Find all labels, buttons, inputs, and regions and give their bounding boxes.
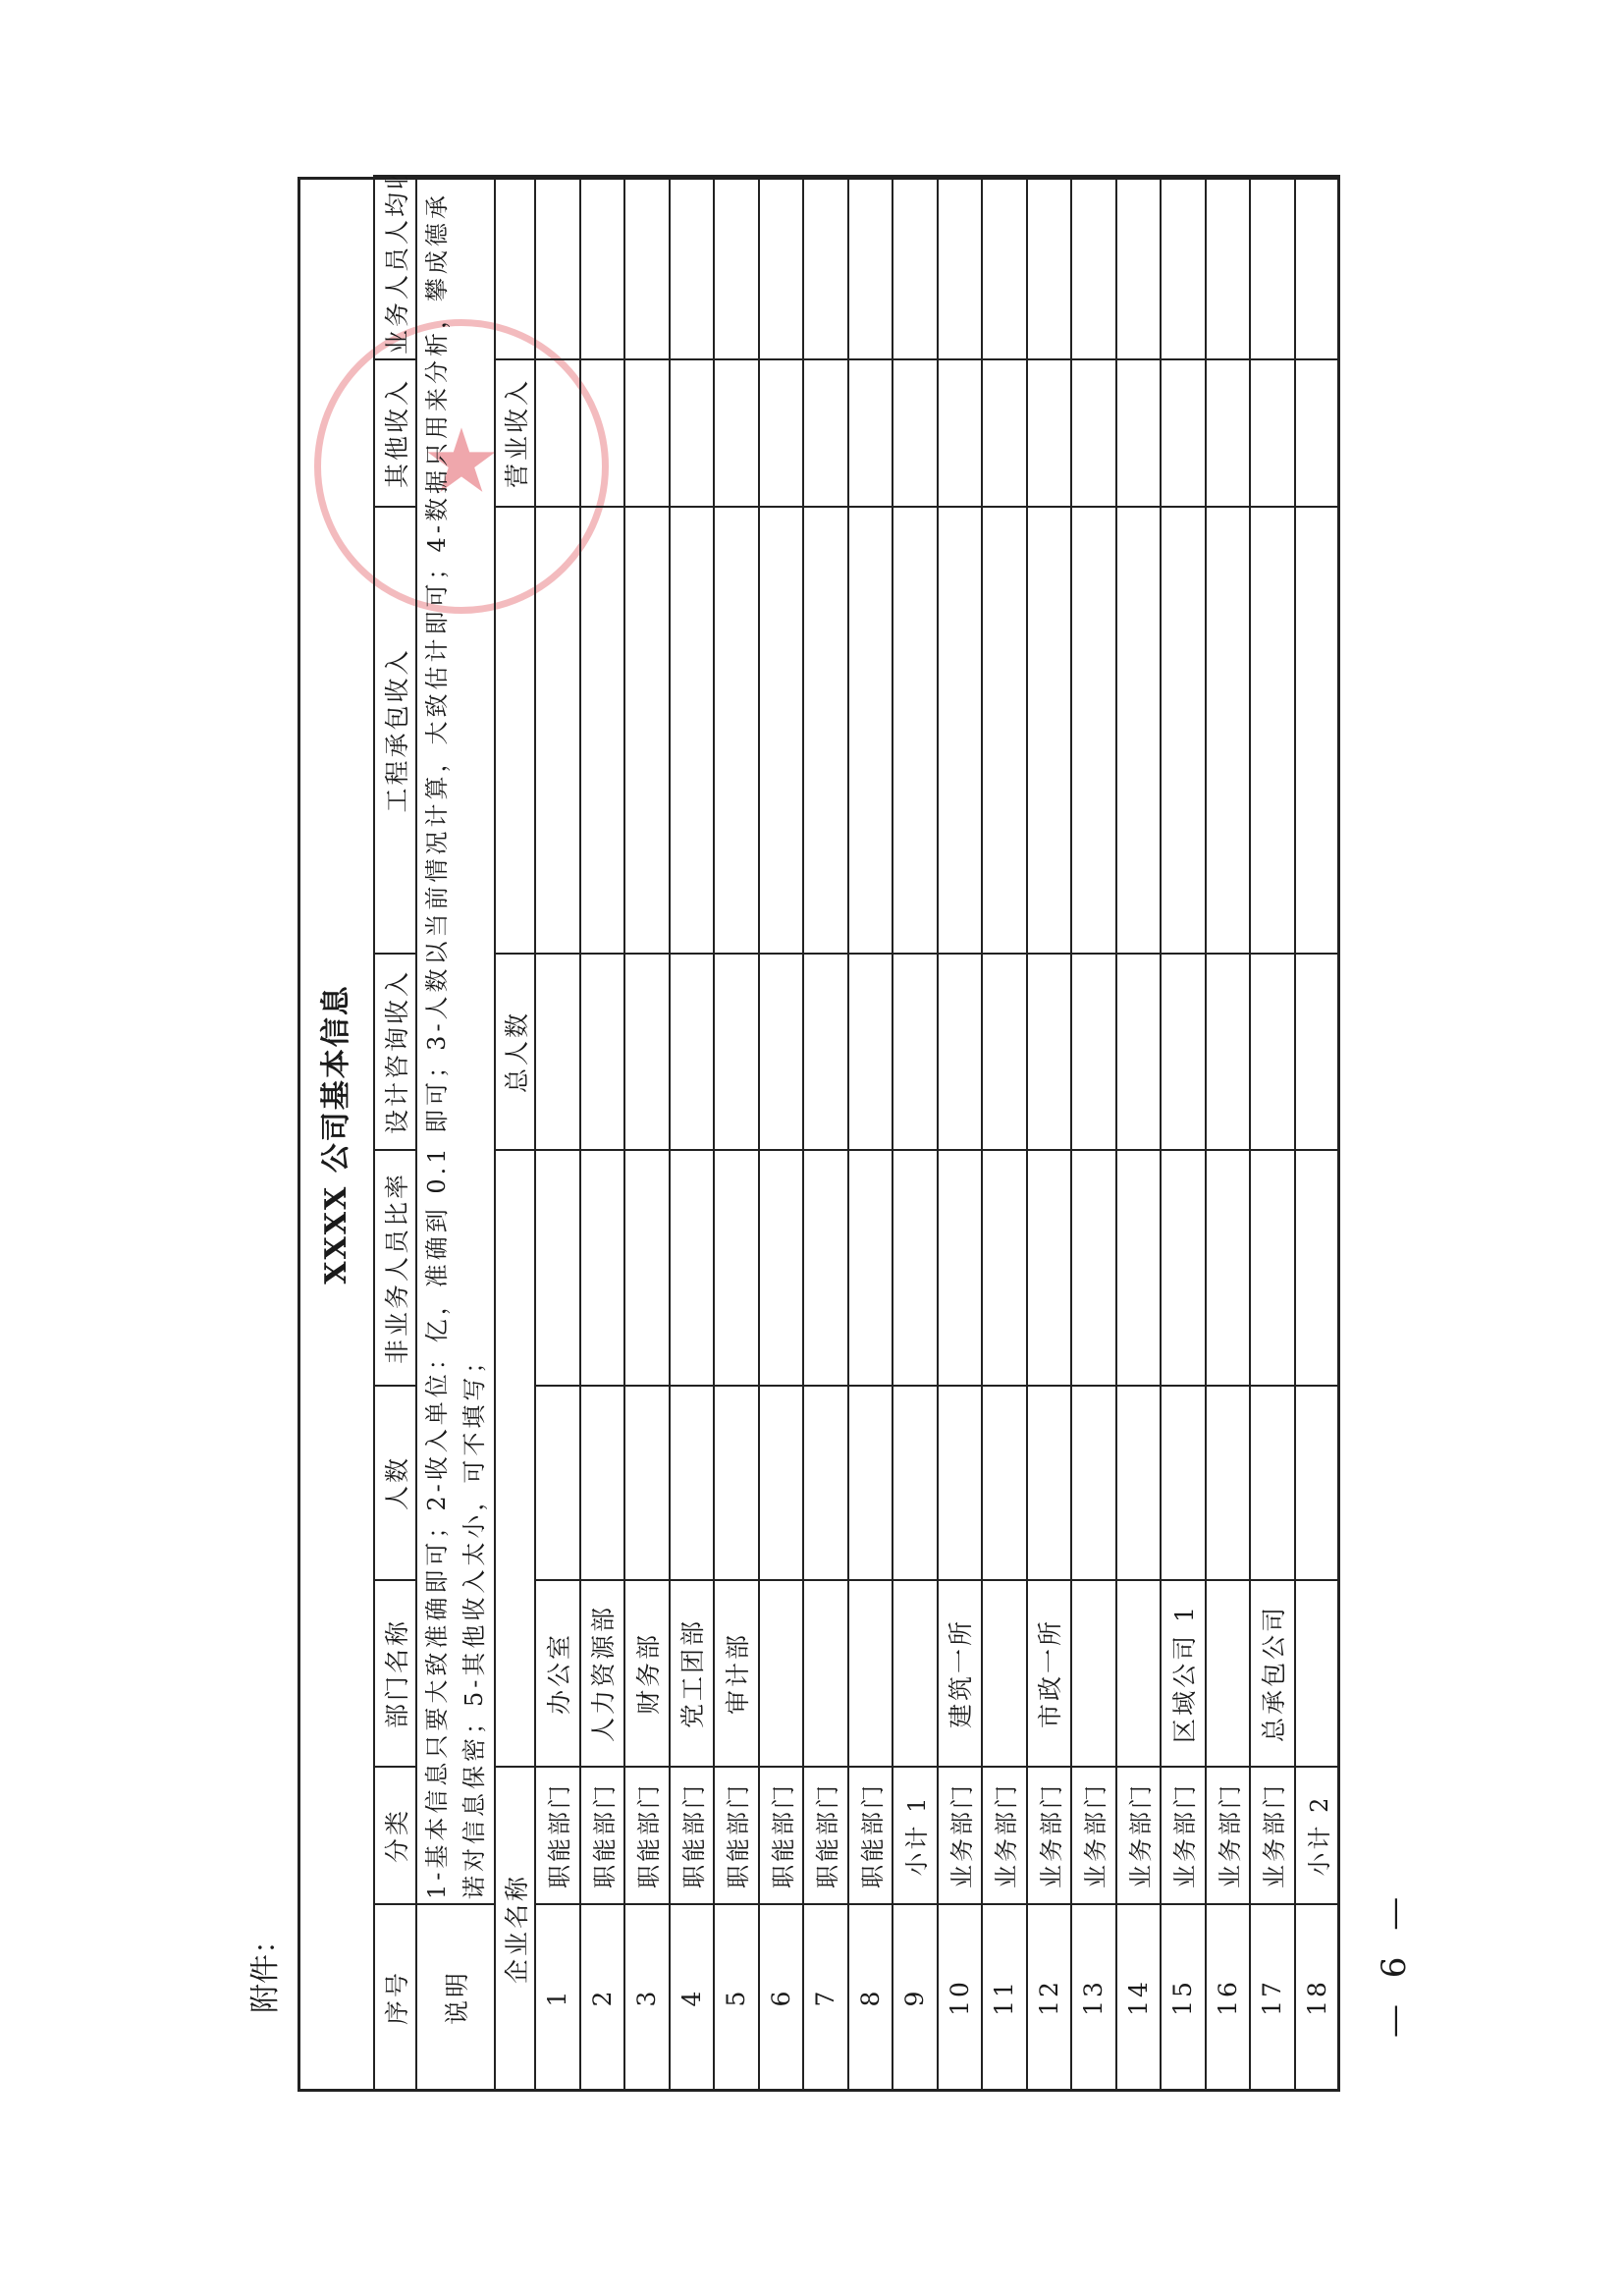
non-business-ratio-cell[interactable] <box>535 1150 580 1386</box>
row-dept-name <box>1206 1580 1251 1767</box>
row-category: 业务部门 <box>938 1767 983 1904</box>
table-row: 4职能部门党工团部 <box>670 176 715 2091</box>
non-business-ratio-cell[interactable] <box>1250 1150 1295 1386</box>
non-business-ratio-cell[interactable] <box>982 1150 1027 1386</box>
engineering-contract-income-cell[interactable] <box>848 507 893 954</box>
engineering-contract-income-cell[interactable] <box>1206 507 1251 954</box>
table-row: 18小计 2 <box>1295 176 1340 2091</box>
row-category: 小计 2 <box>1295 1767 1340 1904</box>
row-dept-name: 区域公司 1 <box>1161 1580 1206 1767</box>
headcount-cell[interactable] <box>580 1386 625 1580</box>
design-consulting-income-cell[interactable] <box>535 954 580 1150</box>
table-title: XXXX 公司基本信息 <box>311 177 354 2092</box>
table-row: 12业务部门市政一所 <box>1027 176 1072 2091</box>
row-dept-name <box>803 1580 848 1767</box>
per-capita-income-cell[interactable] <box>1071 176 1116 359</box>
design-consulting-income-cell[interactable] <box>848 954 893 1150</box>
row-dept-name: 财务部 <box>624 1580 670 1767</box>
non-business-ratio-cell[interactable] <box>759 1150 804 1386</box>
row-number: 5 <box>714 1904 759 2091</box>
row-dept-name <box>1071 1580 1116 1767</box>
per-capita-income-cell[interactable] <box>1161 176 1206 359</box>
other-income-cell[interactable] <box>624 359 670 507</box>
table-row: 8职能部门 <box>848 176 893 2091</box>
table-row: 5职能部门审计部 <box>714 176 759 2091</box>
design-consulting-income-cell[interactable] <box>803 954 848 1150</box>
per-capita-income-cell[interactable] <box>982 176 1027 359</box>
per-capita-income-cell[interactable] <box>848 176 893 359</box>
headcount-cell[interactable] <box>624 1386 670 1580</box>
engineering-contract-income-cell[interactable] <box>1116 507 1162 954</box>
table-row: 9小计 1 <box>893 176 938 2091</box>
row-category: 小计 1 <box>893 1767 938 1904</box>
table-row: 13业务部门 <box>1071 176 1116 2091</box>
other-income-cell[interactable] <box>580 359 625 507</box>
per-capita-income-cell[interactable] <box>759 176 804 359</box>
non-business-ratio-cell[interactable] <box>1027 1150 1072 1386</box>
other-income-cell[interactable] <box>759 359 804 507</box>
engineering-contract-income-cell[interactable] <box>714 507 759 954</box>
engineering-contract-income-cell[interactable] <box>535 507 580 954</box>
design-consulting-income-cell[interactable] <box>982 954 1027 1150</box>
page-number: — 6 — <box>1375 1889 1414 2038</box>
other-income-cell[interactable] <box>982 359 1027 507</box>
row-category: 业务部门 <box>1250 1767 1295 1904</box>
other-income-cell[interactable] <box>803 359 848 507</box>
table-row: 6职能部门 <box>759 176 804 2091</box>
row-dept-name: 总承包公司 <box>1250 1580 1295 1767</box>
row-category: 职能部门 <box>848 1767 893 1904</box>
enterprise-row: 企业名称 总人数 营业收入 <box>495 176 535 2091</box>
headcount-cell[interactable] <box>1295 1386 1340 1580</box>
row-dept-name: 审计部 <box>714 1580 759 1767</box>
table-row: 2职能部门人力资源部 <box>580 176 625 2091</box>
design-consulting-income-cell[interactable] <box>1071 954 1116 1150</box>
table-row: 14业务部门 <box>1116 176 1162 2091</box>
row-number: 18 <box>1295 1904 1340 2091</box>
total-staff-input[interactable] <box>495 507 535 954</box>
table-row: 7职能部门 <box>803 176 848 2091</box>
non-business-ratio-cell[interactable] <box>848 1150 893 1386</box>
total-staff-label: 总人数 <box>495 954 535 1150</box>
row-number: 16 <box>1206 1904 1251 2091</box>
other-income-cell[interactable] <box>1027 359 1072 507</box>
enterprise-name-label: 企业名称 <box>495 1767 535 2091</box>
non-business-ratio-cell[interactable] <box>580 1150 625 1386</box>
engineering-contract-income-cell[interactable] <box>1071 507 1116 954</box>
per-capita-income-cell[interactable] <box>1206 176 1251 359</box>
row-number: 2 <box>580 1904 625 2091</box>
design-consulting-income-cell[interactable] <box>670 954 715 1150</box>
headcount-cell[interactable] <box>1161 1386 1206 1580</box>
per-capita-income-cell[interactable] <box>624 176 670 359</box>
row-number: 12 <box>1027 1904 1072 2091</box>
non-business-ratio-cell[interactable] <box>1206 1150 1251 1386</box>
note-label: 说明 <box>416 1904 495 2091</box>
design-consulting-income-cell[interactable] <box>1027 954 1072 1150</box>
design-consulting-income-cell[interactable] <box>893 954 938 1150</box>
design-consulting-income-cell[interactable] <box>1116 954 1162 1150</box>
revenue-input[interactable] <box>495 176 535 359</box>
headcount-cell[interactable] <box>938 1386 983 1580</box>
enterprise-name-input[interactable] <box>495 1150 535 1767</box>
row-dept-name <box>1116 1580 1162 1767</box>
row-number: 6 <box>759 1904 804 2091</box>
engineering-contract-income-cell[interactable] <box>624 507 670 954</box>
note-row: 说明 1-基本信息只要大致准确即可；2-收入单位：亿，准确到 0.1 即可；3-… <box>416 176 495 2091</box>
engineering-contract-income-cell[interactable] <box>759 507 804 954</box>
headcount-cell[interactable] <box>1071 1386 1116 1580</box>
header-category: 分类 <box>374 1767 416 1904</box>
engineering-contract-income-cell[interactable] <box>893 507 938 954</box>
header-row: 序号 分类 部门名称 人数 非业务人员比率 设计咨询收入 工程承包收入 其他收入… <box>374 176 416 2091</box>
header-engineering-contract-income: 工程承包收入 <box>374 507 416 954</box>
row-dept-name: 建筑一所 <box>938 1580 983 1767</box>
headcount-cell[interactable] <box>1206 1386 1251 1580</box>
design-consulting-income-cell[interactable] <box>1206 954 1251 1150</box>
other-income-cell[interactable] <box>714 359 759 507</box>
engineering-contract-income-cell[interactable] <box>803 507 848 954</box>
header-headcount: 人数 <box>374 1386 416 1580</box>
other-income-cell[interactable] <box>848 359 893 507</box>
per-capita-income-cell[interactable] <box>714 176 759 359</box>
other-income-cell[interactable] <box>1295 359 1340 507</box>
other-income-cell[interactable] <box>1206 359 1251 507</box>
other-income-cell[interactable] <box>893 359 938 507</box>
non-business-ratio-cell[interactable] <box>1161 1150 1206 1386</box>
engineering-contract-income-cell[interactable] <box>938 507 983 954</box>
headcount-cell[interactable] <box>714 1386 759 1580</box>
headcount-cell[interactable] <box>982 1386 1027 1580</box>
table-row: 15业务部门区域公司 1 <box>1161 176 1206 2091</box>
other-income-cell[interactable] <box>1161 359 1206 507</box>
row-number: 3 <box>624 1904 670 2091</box>
per-capita-income-cell[interactable] <box>893 176 938 359</box>
non-business-ratio-cell[interactable] <box>938 1150 983 1386</box>
row-dept-name <box>1295 1580 1340 1767</box>
non-business-ratio-cell[interactable] <box>624 1150 670 1386</box>
row-category: 业务部门 <box>1071 1767 1116 1904</box>
headcount-cell[interactable] <box>848 1386 893 1580</box>
row-number: 1 <box>535 1904 580 2091</box>
row-number: 7 <box>803 1904 848 2091</box>
table-row: 11业务部门 <box>982 176 1027 2091</box>
engineering-contract-income-cell[interactable] <box>1027 507 1072 954</box>
design-consulting-income-cell[interactable] <box>938 954 983 1150</box>
row-category: 业务部门 <box>1161 1767 1206 1904</box>
per-capita-income-cell[interactable] <box>1250 176 1295 359</box>
header-design-consulting-income: 设计咨询收入 <box>374 954 416 1150</box>
engineering-contract-income-cell[interactable] <box>1161 507 1206 954</box>
attachment-label: 附件： <box>241 1925 284 2013</box>
other-income-cell[interactable] <box>1116 359 1162 507</box>
engineering-contract-income-cell[interactable] <box>1250 507 1295 954</box>
row-category: 职能部门 <box>803 1767 848 1904</box>
rotated-table-sheet: XXXX 公司基本信息 序号 分类 部门名称 人数 非业务人员比率 设计咨询收入… <box>298 177 1340 2092</box>
row-dept-name: 市政一所 <box>1027 1580 1072 1767</box>
note-text: 1-基本信息只要大致准确即可；2-收入单位：亿，准确到 0.1 即可；3-人数以… <box>416 176 495 1904</box>
non-business-ratio-cell[interactable] <box>1071 1150 1116 1386</box>
non-business-ratio-cell[interactable] <box>670 1150 715 1386</box>
other-income-cell[interactable] <box>535 359 580 507</box>
row-dept-name: 人力资源部 <box>580 1580 625 1767</box>
design-consulting-income-cell[interactable] <box>759 954 804 1150</box>
row-category: 业务部门 <box>1027 1767 1072 1904</box>
non-business-ratio-cell[interactable] <box>803 1150 848 1386</box>
headcount-cell[interactable] <box>535 1386 580 1580</box>
revenue-label: 营业收入 <box>495 359 535 507</box>
per-capita-income-cell[interactable] <box>535 176 580 359</box>
per-capita-income-cell[interactable] <box>1295 176 1340 359</box>
row-category: 职能部门 <box>714 1767 759 1904</box>
header-no: 序号 <box>374 1904 416 2091</box>
row-dept-name <box>848 1580 893 1767</box>
headcount-cell[interactable] <box>893 1386 938 1580</box>
row-category: 职能部门 <box>535 1767 580 1904</box>
headcount-cell[interactable] <box>759 1386 804 1580</box>
row-category: 业务部门 <box>1206 1767 1251 1904</box>
per-capita-income-cell[interactable] <box>1116 176 1162 359</box>
company-info-table: 序号 分类 部门名称 人数 非业务人员比率 设计咨询收入 工程承包收入 其他收入… <box>373 175 1340 2092</box>
design-consulting-income-cell[interactable] <box>1161 954 1206 1150</box>
other-income-cell[interactable] <box>938 359 983 507</box>
row-number: 13 <box>1071 1904 1116 2091</box>
non-business-ratio-cell[interactable] <box>1295 1150 1340 1386</box>
table-row: 16业务部门 <box>1206 176 1251 2091</box>
per-capita-income-cell[interactable] <box>1027 176 1072 359</box>
non-business-ratio-cell[interactable] <box>1116 1150 1162 1386</box>
other-income-cell[interactable] <box>670 359 715 507</box>
table-row: 3职能部门财务部 <box>624 176 670 2091</box>
design-consulting-income-cell[interactable] <box>1250 954 1295 1150</box>
row-number: 10 <box>938 1904 983 2091</box>
header-dept-name: 部门名称 <box>374 1580 416 1767</box>
row-category: 业务部门 <box>1116 1767 1162 1904</box>
per-capita-income-cell[interactable] <box>938 176 983 359</box>
design-consulting-income-cell[interactable] <box>714 954 759 1150</box>
row-category: 职能部门 <box>624 1767 670 1904</box>
headcount-cell[interactable] <box>1116 1386 1162 1580</box>
row-category: 业务部门 <box>982 1767 1027 1904</box>
header-other-income: 其他收入 <box>374 359 416 507</box>
header-per-capita-income: 业务人员人均收入 <box>374 176 416 359</box>
other-income-cell[interactable] <box>1071 359 1116 507</box>
design-consulting-income-cell[interactable] <box>580 954 625 1150</box>
headcount-cell[interactable] <box>803 1386 848 1580</box>
engineering-contract-income-cell[interactable] <box>670 507 715 954</box>
engineering-contract-income-cell[interactable] <box>580 507 625 954</box>
row-dept-name <box>893 1580 938 1767</box>
row-dept-name: 党工团部 <box>670 1580 715 1767</box>
header-non-business-ratio: 非业务人员比率 <box>374 1150 416 1386</box>
row-dept-name: 办公室 <box>535 1580 580 1767</box>
row-number: 14 <box>1116 1904 1162 2091</box>
row-category: 职能部门 <box>759 1767 804 1904</box>
table-row: 17业务部门总承包公司 <box>1250 176 1295 2091</box>
engineering-contract-income-cell[interactable] <box>982 507 1027 954</box>
design-consulting-income-cell[interactable] <box>1295 954 1340 1150</box>
headcount-cell[interactable] <box>1250 1386 1295 1580</box>
non-business-ratio-cell[interactable] <box>893 1150 938 1386</box>
other-income-cell[interactable] <box>1250 359 1295 507</box>
per-capita-income-cell[interactable] <box>580 176 625 359</box>
per-capita-income-cell[interactable] <box>803 176 848 359</box>
row-category: 职能部门 <box>670 1767 715 1904</box>
row-number: 17 <box>1250 1904 1295 2091</box>
row-number: 11 <box>982 1904 1027 2091</box>
table-row: 10业务部门建筑一所 <box>938 176 983 2091</box>
engineering-contract-income-cell[interactable] <box>1295 507 1340 954</box>
non-business-ratio-cell[interactable] <box>714 1150 759 1386</box>
row-category: 职能部门 <box>580 1767 625 1904</box>
design-consulting-income-cell[interactable] <box>624 954 670 1150</box>
row-number: 4 <box>670 1904 715 2091</box>
headcount-cell[interactable] <box>1027 1386 1072 1580</box>
row-dept-name <box>982 1580 1027 1767</box>
row-number: 9 <box>893 1904 938 2091</box>
row-dept-name <box>759 1580 804 1767</box>
row-number: 8 <box>848 1904 893 2091</box>
headcount-cell[interactable] <box>670 1386 715 1580</box>
row-number: 15 <box>1161 1904 1206 2091</box>
table-row: 1职能部门办公室 <box>535 176 580 2091</box>
per-capita-income-cell[interactable] <box>670 176 715 359</box>
